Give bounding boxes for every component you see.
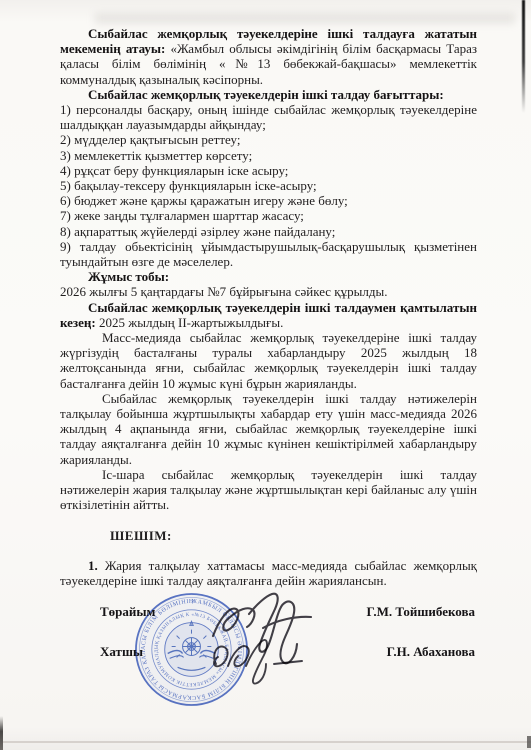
institution-paragraph: Сыбайлас жемқорлық тәуекелдеріне ішкі та… bbox=[60, 26, 477, 87]
direction-item: 5) бақылау-тексеру функцияларын іске-асы… bbox=[60, 178, 477, 193]
chair-signature-row: Төрайым Г.М. Тойшибекова bbox=[60, 604, 477, 619]
scan-bottom-line bbox=[0, 741, 531, 743]
chair-name: Г.М. Тойшибекова bbox=[367, 604, 477, 619]
direction-item: 1) персоналды басқару, оның ішінде сыбай… bbox=[60, 102, 477, 132]
secretary-signature-row: Хатшы Г.Н. Абаханова bbox=[60, 644, 477, 659]
scan-edge-line bbox=[522, 0, 525, 113]
work-group-text: 2026 жылғы 5 қаңтардағы №7 бұйрығына сәй… bbox=[60, 284, 477, 299]
decision-item: 1. Жария талқылау хаттамасы масс-медияда… bbox=[60, 558, 477, 588]
scan-corner-mark-left bbox=[0, 716, 3, 750]
event-paragraph: Іс-шара сыбайлас жемқорлық тәуекелдерін … bbox=[60, 467, 477, 513]
direction-item: 7) жеке заңды тұлғалармен шарттар жасасу… bbox=[60, 208, 477, 223]
chair-role-label: Төрайым bbox=[60, 604, 155, 619]
direction-item: 6) бюджет және қаржы қаражатын игеру жән… bbox=[60, 193, 477, 208]
directions-heading: Сыбайлас жемқорлық тәуекелдерін ішкі тал… bbox=[60, 87, 477, 102]
direction-item: 4) рұқсат беру функцияларын іске асыру; bbox=[60, 163, 477, 178]
media-end-paragraph: Сыбайлас жемқорлық тәуекелдерін ішкі тал… bbox=[60, 391, 477, 467]
secretary-role-label: Хатшы bbox=[60, 644, 143, 659]
scan-smudge bbox=[95, 13, 515, 24]
direction-item: 3) мемлекеттік қызметтер көрсету; bbox=[60, 148, 477, 163]
direction-item: 2) мүдделер қақтығысын реттеу; bbox=[60, 132, 477, 147]
period-paragraph: Сыбайлас жемқорлық тәуекелдерін ішкі тал… bbox=[60, 300, 477, 330]
decision-number: 1. bbox=[88, 558, 98, 573]
scan-corner-mark-right bbox=[527, 736, 531, 748]
direction-item: 8) ақпараттық жүйелерді әзірлеу және пай… bbox=[60, 224, 477, 239]
media-start-paragraph: Масс-медияда сыбайлас жемқорлық тәуекелд… bbox=[60, 330, 477, 391]
signature-block: Төрайым Г.М. Тойшибекова Хатшы Г.Н. Абах… bbox=[60, 604, 477, 659]
document-body: Сыбайлас жемқорлық тәуекелдеріне ішкі та… bbox=[60, 26, 477, 659]
direction-item: 9) талдау обьектісінің ұйымдастырушылық-… bbox=[60, 239, 477, 269]
work-group-heading: Жұмыс тобы: bbox=[60, 269, 477, 284]
decision-heading: ШЕШІМ: bbox=[60, 528, 477, 543]
period-text: 2025 жылдың ІІ-жартыжылдығы. bbox=[96, 315, 284, 330]
secretary-name: Г.Н. Абаханова bbox=[387, 644, 477, 659]
scanned-protocol-page: Сыбайлас жемқорлық тәуекелдеріне ішкі та… bbox=[0, 0, 531, 750]
decision-text: Жария талқылау хаттамасы масс-медияда сы… bbox=[60, 558, 477, 588]
